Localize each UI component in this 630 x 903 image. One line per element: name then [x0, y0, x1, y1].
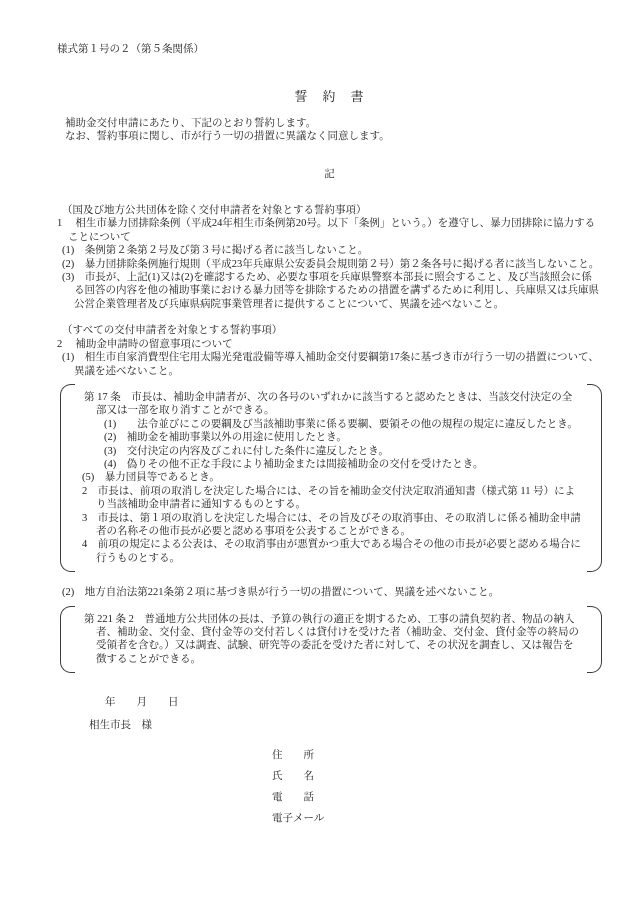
document-title: 誓 約 書 [57, 90, 602, 103]
signature-field-label: 住 所 [272, 745, 602, 766]
text-line: (1) 条例第２条第２号及び第３号に掲げる者に該当しないこと。 [62, 244, 602, 257]
text-line: （すべての交付申請者を対象とする誓約事項） [62, 324, 602, 337]
signature-field-label: 氏 名 [272, 766, 602, 787]
article-line: 第 17 条 市長は、補助金申請者が、次の各号のいずれかに該当すると認めたときは… [84, 391, 582, 418]
signature-field-label: 電子メール [272, 808, 602, 829]
article-line: 第 221 条 2 普通地方公共団体の長は、予算の執行の適正を期するため、工事の… [84, 613, 582, 667]
article-line: (4) 偽りその他不正な手段により補助金または間接補助金の交付を受けたとき。 [104, 458, 582, 471]
text-line: (3) 市長が、上記(1)又は(2)を確認するため、必要な事項を兵庫県警察本部長… [62, 271, 602, 311]
quoted-article-17-box: 第 17 条 市長は、補助金申請者が、次の各号のいずれかに該当すると認めたときは… [60, 384, 602, 572]
article-line: (3) 交付決定の内容及びこれに付した条件に違反したとき。 [104, 445, 582, 458]
spacer [57, 311, 602, 324]
intro-line: なお、誓約事項に関し、市が行う一切の措置に異議なく同意します。 [65, 130, 602, 143]
item-local-autonomy-law: (2) 地方自治法第221条第２項に基づき県が行う一切の措置について、異議を述べ… [57, 586, 602, 599]
text-line: （国及び地方公共団体を除く交付申請者を対象とする誓約事項） [62, 204, 602, 217]
article-line: (1) 法令並びにこの要綱及び当該補助事業に係る要綱、要領その他の規程の規定に違… [104, 418, 582, 431]
quoted-article-221-box: 第 221 条 2 普通地方公共団体の長は、予算の執行の適正を期するため、工事の… [60, 606, 602, 674]
signature-field-label: 電 話 [272, 787, 602, 808]
signature-fields: 住 所氏 名電 話電子メール [272, 745, 602, 829]
form-number: 様式第１号の２（第５条関係） [57, 43, 602, 56]
text-line: (2) 暴力団排除条例施行規則（平成23年兵庫県公安委員会規則第２号）第２条各号… [62, 258, 602, 271]
article-line: (5) 暴力団員等であるとき。 [82, 471, 582, 484]
section-excluding-public-bodies: （国及び地方公共団体を除く交付申請者を対象とする誓約事項）1 相生市暴力団排除条… [57, 204, 602, 311]
intro-paragraph: 補助金交付申請にあたり、下記のとおり誓約します。 なお、誓約事項に関し、市が行う… [65, 117, 602, 144]
article-line: 2 市長は、前項の取消しを決定した場合には、その旨を補助金交付決定取消通知書（様… [82, 485, 582, 512]
article-line: 3 市長は、第１項の取消しを決定した場合には、その旨及びその取消事由、その取消し… [82, 512, 582, 539]
spacer [57, 579, 602, 586]
text-line: (1) 相生市自家消費型住宅用太陽光発電設備等導入補助金交付要綱第17条に基づき… [62, 351, 602, 378]
article-line: (2) 補助金を補助事業以外の用途に使用したとき。 [104, 431, 582, 444]
intro-line: 補助金交付申請にあたり、下記のとおり誓約します。 [65, 117, 602, 130]
addressee-mayor: 相生市長 様 [89, 719, 602, 732]
text-line: 2 補助金申請時の留意事項について [57, 338, 602, 351]
text-line: (2) 地方自治法第221条第２項に基づき県が行う一切の措置について、異議を述べ… [62, 586, 602, 599]
section-all-applicants: （すべての交付申請者を対象とする誓約事項）2 補助金申請時の留意事項について(1… [57, 324, 602, 378]
pledge-document-page: 様式第１号の２（第５条関係） 誓 約 書 補助金交付申請にあたり、下記のとおり誓… [0, 0, 630, 903]
article-line: 4 前項の規定による公表は、その取消事由が悪質かつ重大である場合その他の市長が必… [82, 538, 582, 565]
ki-marker: 記 [57, 168, 602, 181]
text-line: 1 相生市暴力団排除条例（平成24年相生市条例第20号。以下「条例」という。）を… [57, 217, 602, 244]
date-line: 年 月 日 [105, 696, 602, 709]
